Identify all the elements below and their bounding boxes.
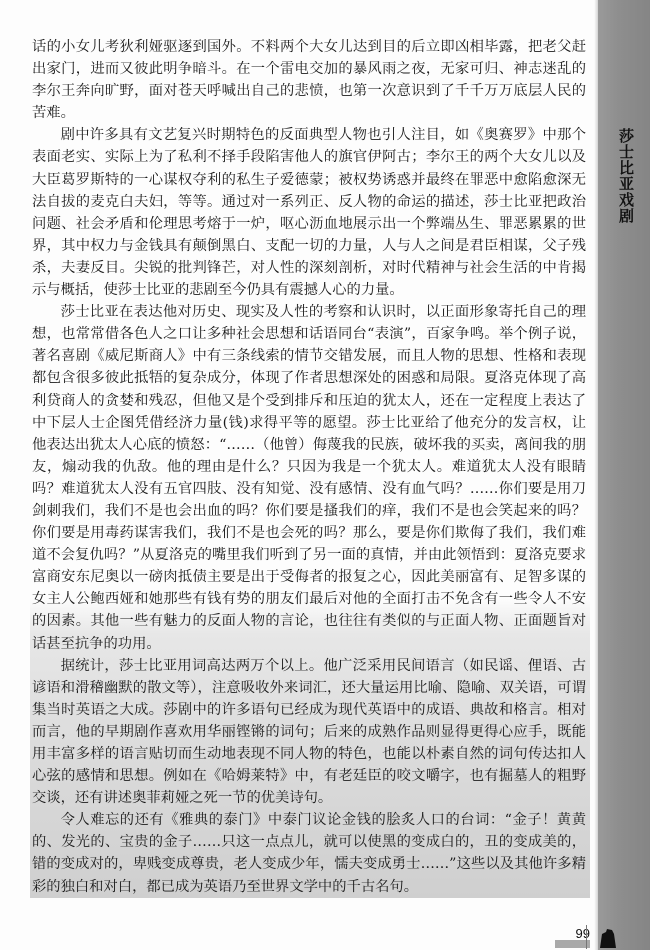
footer-divider — [586, 925, 587, 949]
paragraph-5: 令人难忘的还有《雅典的泰门》中泰门议论金钱的脍炙人口的台词：“金子！黄黄的、发光… — [32, 809, 586, 897]
paragraph-1: 话的小女儿考狄利娅驱逐到国外。不料两个大女儿达到目的后立即凶相毕露，把老父赶出家… — [32, 36, 586, 124]
page-number-bar — [555, 940, 590, 948]
chapter-side-title: 莎士比亚戏剧 — [611, 128, 635, 224]
paragraph-2: 剧中许多具有文艺复兴时期特色的反面典型人物也引人注目，如《奥赛罗》中那个表面老实… — [32, 124, 586, 301]
paragraph-4: 据统计，莎士比亚用词高达两万个以上。他广泛采用民间语言（如民谣、俚语、古谚语和滑… — [32, 655, 586, 810]
body-text: 话的小女儿考狄利娅驱逐到国外。不料两个大女儿达到目的后立即凶相毕露，把老父赶出家… — [32, 36, 586, 898]
paragraph-3: 莎士比亚在表达他对历史、现实及人性的考察和认识时，以正面形象寄托自己的理想，也常… — [32, 301, 586, 655]
building-silhouette-icon — [597, 928, 619, 948]
book-page: 莎士比亚戏剧 话的小女儿考狄利娅驱逐到国外。不料两个大女儿达到目的后立即凶相毕露… — [0, 0, 650, 950]
